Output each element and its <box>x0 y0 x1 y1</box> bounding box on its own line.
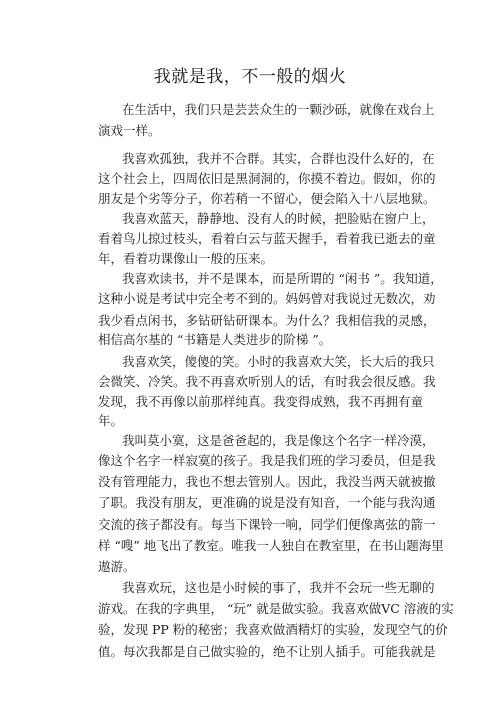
text-line: 相信高尔基的 “书籍是人类进步的阶梯 ”。 <box>98 333 331 347</box>
text-line: 演戏一样。 <box>98 124 161 138</box>
document-page: 我就是我，不一般的烟火 在生活中，我们只是芸芸众生的一颗沙砾，就像在戏台上演戏一… <box>0 0 500 708</box>
text-line: 我喜欢孤独，我并不合群。其实，合群也没什么好的，在 <box>122 152 435 166</box>
text-line: 我喜欢读书，并不是课本，而是所谓的 “闲书 ”。我知道， <box>122 272 443 286</box>
text-line: 发现，我不再像以前那样纯真。我变得成熟，我不再拥有童 <box>98 395 423 409</box>
text-line: 我喜欢玩，这也是小时候的事了，我并不会玩一些无聊的 <box>122 581 435 595</box>
text-line: 朋友是个劣等分子，你若稍一不留心，便会陷入十八层地狱。 <box>98 192 436 206</box>
text-line: 这种小说是考试中完全考不到的。妈妈曾对我说过无数次，劝 <box>98 292 436 306</box>
text-line: 没有管理能力，我也不想去管别人。因此，我没当两天就被撤 <box>98 475 436 489</box>
text-line: 我喜欢蓝天，静静地、没有人的时候，把脸贴在窗户上， <box>122 212 435 226</box>
text-line: 值。每次我都是自己做实验的，绝不让别人插手。可能我就是 <box>98 645 436 659</box>
text-line: 我喜欢笑，傻傻的笑。小时的我喜欢大笑，长大后的我只 <box>122 355 435 369</box>
text-line: 像这个名字一样寂寞的孩子。我是我们班的学习委员，但是我 <box>98 454 436 468</box>
text-line: 验，发现 PP 粉的秘密；我喜欢做酒精灯的实验，发现空气的价 <box>98 623 448 637</box>
text-line: 在生活中，我们只是芸芸众生的一颗沙砾，就像在戏台上 <box>122 103 435 117</box>
text-line: 我少看点闲书，多钻研钻研课本。为什么？我相信我的灵感， <box>98 314 436 328</box>
text-line: 这个社会上，四周依旧是黑洞洞的，你摸不着边。假如，你的 <box>98 172 436 186</box>
text-line: 年。 <box>98 414 123 428</box>
text-line: 会微笑、冷笑。我不再喜欢听别人的话，有时我会很反感。我 <box>98 375 436 389</box>
text-line: 游戏。在我的字典里， “玩” 就是做实验。我喜欢做VC 溶液的实 <box>98 602 454 616</box>
document-title: 我就是我，不一般的烟火 <box>0 62 500 87</box>
text-line: 交流的孩子都没有。每当下课铃一响，同学们便像离弦的箭一 <box>98 518 436 532</box>
text-line: 看着鸟儿掠过枝头，看着白云与蓝天握手，看着我已逝去的童 <box>98 232 436 246</box>
text-line: 遨游。 <box>98 560 136 574</box>
text-line: 样 “嗖” 地飞出了教室。唯我一人独自在教室里，在书山题海里 <box>98 539 444 553</box>
text-line: 年，看着功课像山一般的压来。 <box>98 252 273 266</box>
text-line: 了职。我没有朋友，更准确的说是没有知音，一个能与我沟通 <box>98 496 436 510</box>
text-line: 我叫莫小寞，这是爸爸起的，我是像这个名字一样冷漠， <box>122 434 435 448</box>
